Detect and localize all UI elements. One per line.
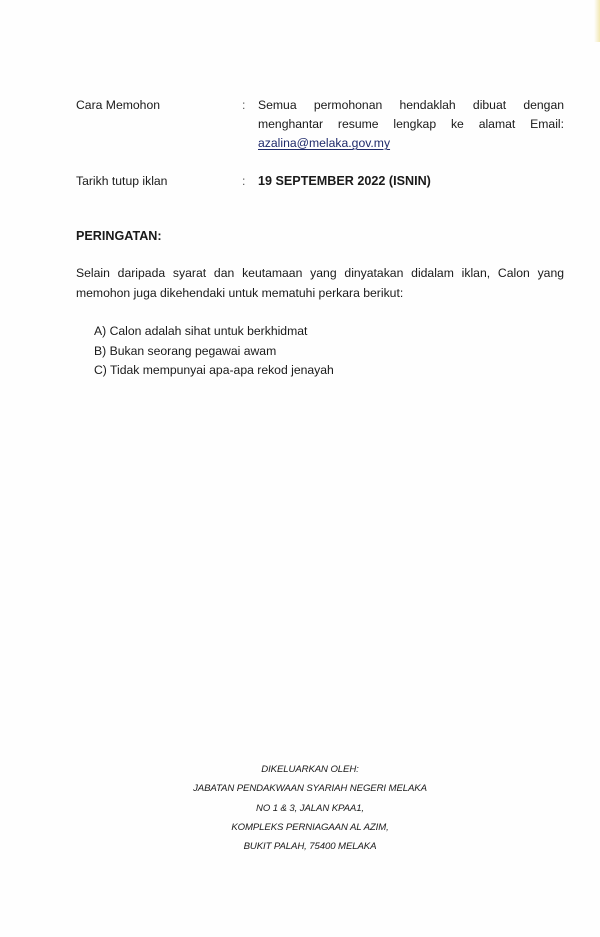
list-item: C) Tidak mempunyai apa-apa rekod jenayah xyxy=(94,361,334,381)
closing-date: 19 SEPTEMBER 2022 (ISNIN) xyxy=(258,172,564,191)
issuer-line: JABATAN PENDAKWAAN SYARIAH NEGERI MELAKA xyxy=(150,779,470,798)
field-label: Tarikh tutup iklan xyxy=(76,172,167,191)
field-separator: : xyxy=(242,96,245,115)
field-value: Semua permohonan hendaklah dibuat dengan… xyxy=(258,96,564,153)
paragraph-line: memohon juga dikehendaki untuk mematuhi … xyxy=(76,284,564,304)
field-separator: : xyxy=(242,172,245,191)
issuer-line: KOMPLEKS PERNIAGAAN AL AZIM, xyxy=(150,818,470,837)
value-line: menghantar resume lengkap ke alamat Emai… xyxy=(258,115,564,134)
issuer-title: DIKELUARKAN OLEH: xyxy=(150,760,470,779)
email-link[interactable]: azalina@melaka.gov.my xyxy=(258,136,390,150)
issuer-line: BUKIT PALAH, 75400 MELAKA xyxy=(150,837,470,856)
paragraph-line: Selain daripada syarat dan keutamaan yan… xyxy=(76,264,564,284)
email-line: azalina@melaka.gov.my xyxy=(258,134,564,153)
value-line: Semua permohonan hendaklah dibuat dengan xyxy=(258,96,564,115)
field-label: Cara Memohon xyxy=(76,96,160,115)
issuer-line: NO 1 & 3, JALAN KPAA1, xyxy=(150,799,470,818)
scan-edge-tint xyxy=(594,0,600,42)
warning-heading: PERINGATAN: xyxy=(76,229,162,243)
warning-paragraph: Selain daripada syarat dan keutamaan yan… xyxy=(76,264,564,303)
document-page: Cara Memohon : Semua permohonan hendakla… xyxy=(0,0,600,937)
requirements-list: A) Calon adalah sihat untuk berkhidmat B… xyxy=(94,322,334,381)
list-item: A) Calon adalah sihat untuk berkhidmat xyxy=(94,322,334,342)
issuer-block: DIKELUARKAN OLEH: JABATAN PENDAKWAAN SYA… xyxy=(150,760,470,856)
list-item: B) Bukan seorang pegawai awam xyxy=(94,342,334,362)
